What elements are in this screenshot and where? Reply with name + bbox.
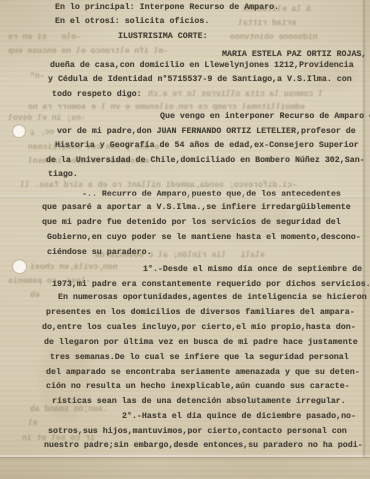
paper-right-edge-shadow (365, 0, 370, 457)
ghost-text-line: eb (30, 291, 40, 301)
document-line: En numerosas oportunidades,agentes de in… (58, 293, 367, 303)
document-line: presentes en los domicilios de diversos … (46, 308, 355, 318)
document-line: que pasaré a aportar a V.S.Ilma.,se infi… (42, 203, 351, 213)
document-line: que mi padre fue detenido por los servic… (42, 218, 341, 228)
document-line: Historia y Geografía de 54 años de edad,… (55, 141, 359, 151)
document-line: 2°.-Hasta el día quince de diciembre pas… (122, 412, 356, 422)
document-line: Gobierno,en cuyo poder se le mantiene ha… (47, 233, 361, 243)
document-line: 1973,mi padre era constantemente requeri… (52, 280, 370, 290)
punch-hole-bottom (13, 260, 26, 273)
paper-stain (40, 340, 90, 420)
document-line: ción no resulta un hecho inexplicable,aú… (46, 382, 350, 392)
fold-crease-upper (0, 195, 370, 199)
document-line: En lo principal: Interpone Recurso de Am… (55, 3, 279, 13)
paper-stain (300, 60, 360, 90)
document-line: ciéndose su paradero. (47, 248, 152, 258)
punch-hole-top (13, 125, 25, 137)
document-line: 1°.-Desde el mismo día once de septiembr… (143, 265, 362, 275)
ghost-text-line: nidsoone obintvnoo (230, 33, 317, 43)
document-line: rísticas sean las de una detención absol… (52, 397, 346, 407)
document-line: nuestro padre;sin embargo,desde entonces… (44, 441, 363, 451)
document-line: del amparado se encontraba seriamente am… (46, 368, 360, 378)
ghost-text-line: oc, ¿ (30, 128, 54, 138)
document-line: do,entre los cuales incluyo,por cierto,e… (42, 323, 356, 333)
ghost-text-line: -ns; in el ósvol (8, 114, 86, 124)
ghost-text-line: al (28, 419, 38, 429)
paper-sheet: á la elitudonaeriad ríttal-olo si en ren… (0, 0, 370, 479)
document-line: tiago. (48, 170, 78, 180)
document-line: todo respeto digo: (52, 90, 142, 100)
document-line: vor de mi padre,don JUAN FERNANDO ORTIZ … (57, 127, 356, 137)
document-line: de llegaron por última vez en busca de m… (44, 338, 358, 348)
document-line: tres semanas.De lo cual se infiere que l… (50, 353, 349, 363)
document-line: Que vengo en interponer Recurso de Ampar… (160, 112, 370, 122)
document-line: de la Universidad de Chile,domiciliado e… (46, 156, 365, 166)
document-line: En el otrosí: solicita oficios. (55, 17, 209, 27)
document-line: ILUSTRISIMA CORTE: (118, 32, 208, 42)
ghost-text-line: eriad ríttal (238, 19, 296, 29)
document-line: sotros,sus hijos,mantuvimos,por cierto,c… (48, 427, 347, 437)
ghost-text-line: l comnsu la cita ollivros lo re e.ch (148, 90, 323, 100)
ghost-text-line: -ml ifn eltronco el no encuse eup (8, 47, 168, 57)
document-line: MARIA ESTELA PAZ ORTIZ ROJAS, (222, 50, 366, 60)
ghost-text-line: -olo si en re (8, 33, 81, 43)
ghost-text-line: -nº (30, 72, 45, 82)
below-fold-shading (0, 458, 370, 479)
paper-stain (200, 200, 290, 240)
ghost-text-line: non,cvilá,en chosí (30, 263, 117, 273)
